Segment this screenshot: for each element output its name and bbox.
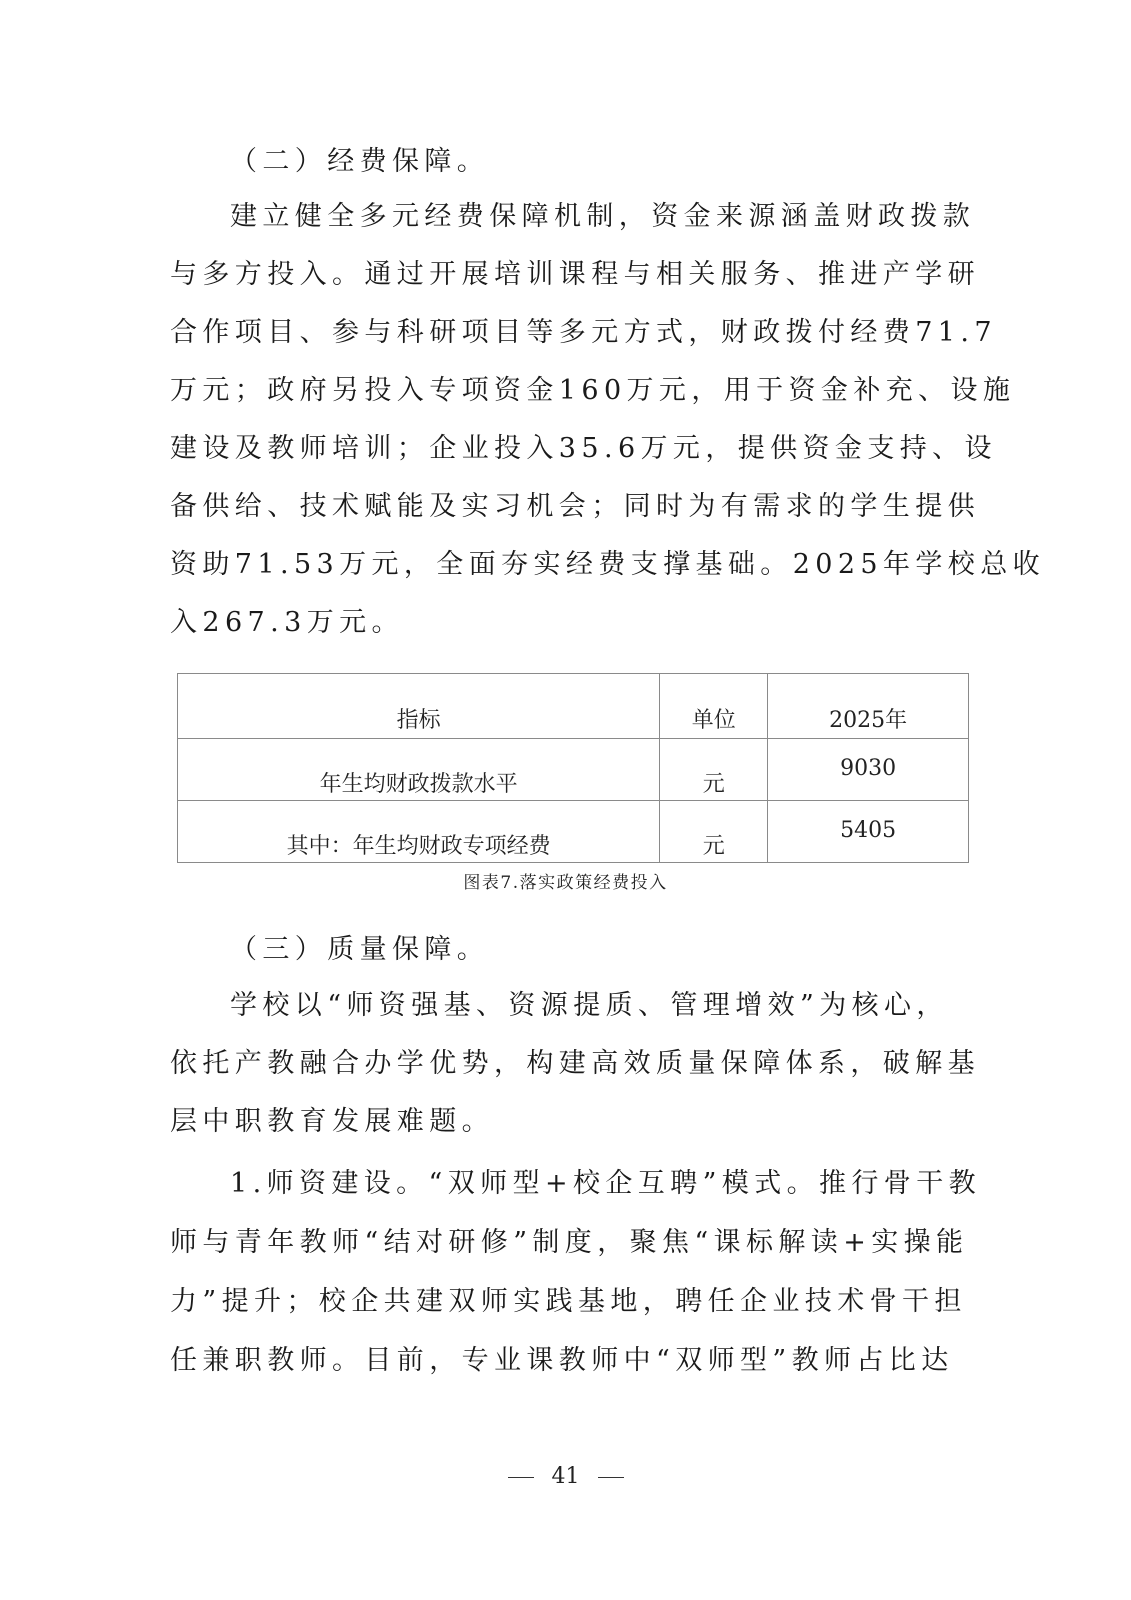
paragraph-line: 建立健全多元经费保障机制，资金来源涵盖财政拨款 bbox=[230, 200, 975, 234]
page-number: 41 bbox=[0, 1464, 1131, 1489]
section-heading-funding: （二）经费保障。 bbox=[230, 145, 489, 179]
table-row: 其中：年生均财政专项经费 元 5405 bbox=[178, 801, 969, 863]
paragraph-line: 合作项目、参与科研项目等多元方式，财政拨付经费71.7 bbox=[170, 316, 997, 350]
paragraph-line: 师与青年教师“结对研修”制度，聚焦“课标解读+实操能 bbox=[170, 1226, 968, 1260]
header-year: 2025年 bbox=[768, 674, 969, 739]
paragraph-line: 万元；政府另投入专项资金160万元，用于资金补充、设施 bbox=[170, 374, 1015, 408]
table-caption: 图表7.落实政策经费投入 bbox=[0, 868, 1131, 893]
header-indicator: 指标 bbox=[178, 674, 660, 739]
cell-value: 9030 bbox=[768, 739, 969, 801]
cell-indicator: 年生均财政拨款水平 bbox=[178, 739, 660, 801]
header-unit: 单位 bbox=[660, 674, 768, 739]
table-row: 年生均财政拨款水平 元 9030 bbox=[178, 739, 969, 801]
paragraph-line: 层中职教育发展难题。 bbox=[170, 1105, 494, 1139]
cell-unit: 元 bbox=[660, 739, 768, 801]
paragraph-line: 备供给、技术赋能及实习机会；同时为有需求的学生提供 bbox=[170, 490, 980, 524]
cell-indicator: 其中：年生均财政专项经费 bbox=[178, 801, 660, 863]
paragraph-line: 任兼职教师。目前，专业课教师中“双师型”教师占比达 bbox=[170, 1344, 954, 1378]
dash-right bbox=[598, 1477, 624, 1478]
dash-left bbox=[508, 1477, 534, 1478]
paragraph-line: 依托产教融合办学优势，构建高效质量保障体系，破解基 bbox=[170, 1047, 980, 1081]
paragraph-line: 力”提升；校企共建双师实践基地，聘任企业技术骨干担 bbox=[170, 1285, 967, 1319]
paragraph-line: 与多方投入。通过开展培训课程与相关服务、推进产学研 bbox=[170, 258, 980, 292]
paragraph-line: 学校以“师资强基、资源提质、管理增效”为核心， bbox=[230, 989, 949, 1023]
cell-unit: 元 bbox=[660, 801, 768, 863]
cell-value: 5405 bbox=[768, 801, 969, 863]
page-number-text: 41 bbox=[552, 1464, 580, 1489]
section-heading-quality: （三）质量保障。 bbox=[230, 933, 489, 967]
table-header-row: 指标 单位 2025年 bbox=[178, 674, 969, 739]
funding-table: 指标 单位 2025年 年生均财政拨款水平 元 9030 其中：年生均财政专项经… bbox=[177, 673, 969, 863]
paragraph-line: 1.师资建设。“双师型+校企互聘”模式。推行骨干教 bbox=[230, 1167, 981, 1201]
paragraph-line: 资助71.53万元，全面夯实经费支撑基础。2025年学校总收 bbox=[170, 548, 1045, 582]
paragraph-line: 建设及教师培训；企业投入35.6万元，提供资金支持、设 bbox=[170, 432, 997, 466]
paragraph-line: 入267.3万元。 bbox=[170, 606, 404, 640]
